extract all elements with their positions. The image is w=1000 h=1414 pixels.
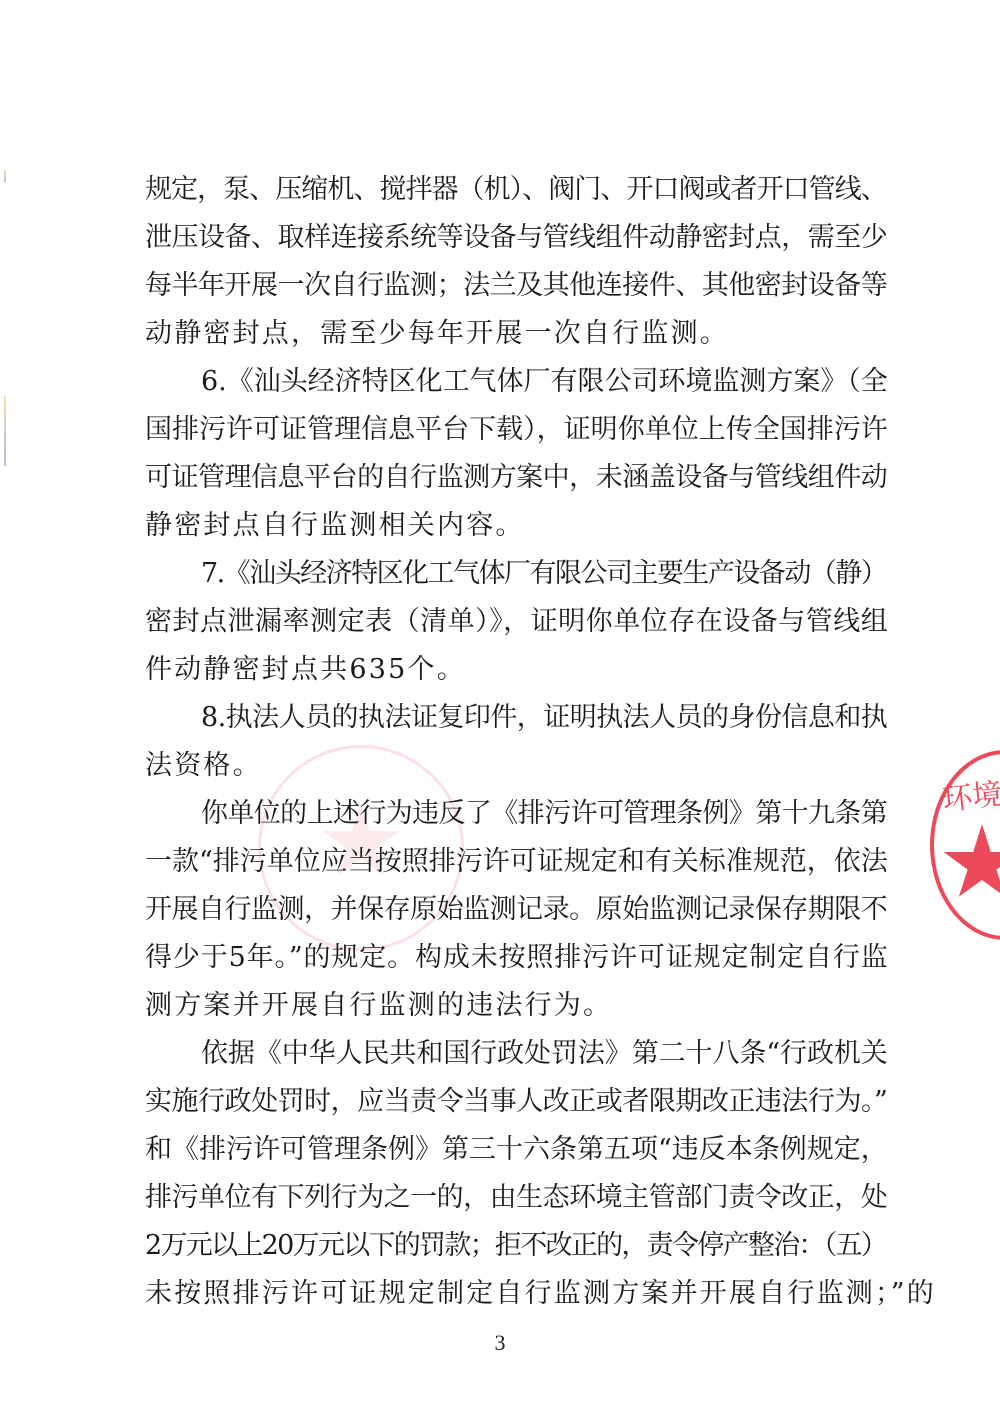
- text-line: 2万元以上20万元以下的罚款；拒不改正的，责令停产整治：（五）: [145, 1222, 890, 1270]
- paragraph-continued-sealing-points: 规定，泵、压缩机、搅拌器（机）、阀门、开口阀或者开口管线、泄压设备、取样连接系统…: [145, 166, 890, 358]
- text-line-content: 和《排污许可管理条例》第三十六条第五项“违反本条例规定，: [145, 1126, 888, 1174]
- text-line-content: 一款“排污单位应当按照排污许可证规定和有关标准规范，依法: [145, 838, 888, 886]
- evidence-item-7: 7.《汕头经济特区化工气体厂有限公司主要生产设备动（静）密封点泄漏率测定表（清单…: [145, 550, 890, 694]
- text-line: 开展自行监测，并保存原始监测记录。原始监测记录保存期限不: [145, 886, 890, 934]
- text-line-content: 可证管理信息平台的自行监测方案中，未涵盖设备与管线组件动: [145, 454, 887, 502]
- text-line: 动静密封点，需至少每年开展一次自行监测。: [145, 310, 890, 358]
- evidence-item-6: 6.《汕头经济特区化工气体厂有限公司环境监测方案》（全国排污许可证管理信息平台下…: [145, 358, 890, 550]
- document-body: 规定，泵、压缩机、搅拌器（机）、阀门、开口阀或者开口管线、泄压设备、取样连接系统…: [145, 166, 890, 1318]
- text-line-content: 国排污许可证管理信息平台下载），证明你单位上传全国排污许: [145, 406, 888, 454]
- text-line-content: 排污单位有下列行为之一的，由生态环境主管部门责令改正，处: [145, 1174, 887, 1222]
- text-line-content: 7.《汕头经济特区化工气体厂有限公司主要生产设备动（静）: [201, 550, 886, 598]
- text-line: 密封点泄漏率测定表（清单）》，证明你单位存在设备与管线组: [145, 598, 890, 646]
- text-line: 你单位的上述行为违反了《排污许可管理条例》第十九条第: [145, 790, 890, 838]
- text-line-content: 8.执法人员的执法证复印件，证明执法人员的身份信息和执: [201, 694, 887, 742]
- page-number: 3: [0, 1330, 1000, 1356]
- text-line: 得少于5年。”的规定。构成未按照排污许可证规定制定自行监: [145, 934, 890, 982]
- text-line-content: 动静密封点，需至少每年开展一次自行监测。: [145, 310, 729, 358]
- text-line: 静密封点自行监测相关内容。: [145, 502, 890, 550]
- text-line: 6.《汕头经济特区化工气体厂有限公司环境监测方案》（全: [145, 358, 890, 406]
- text-line: 可证管理信息平台的自行监测方案中，未涵盖设备与管线组件动: [145, 454, 890, 502]
- violation-statement: 你单位的上述行为违反了《排污许可管理条例》第十九条第一款“排污单位应当按照排污许…: [145, 790, 890, 1030]
- text-line: 规定，泵、压缩机、搅拌器（机）、阀门、开口阀或者开口管线、: [145, 166, 890, 214]
- text-line-content: 件动静密封点共635个。: [145, 646, 466, 694]
- text-line-content: 密封点泄漏率测定表（清单）》，证明你单位存在设备与管线组: [145, 598, 888, 646]
- evidence-item-8: 8.执法人员的执法证复印件，证明执法人员的身份信息和执法资格。: [145, 694, 890, 790]
- text-line: 泄压设备、取样连接系统等设备与管线组件动静密封点，需至少: [145, 214, 890, 262]
- legal-basis: 依据《中华人民共和国行政处罚法》第二十八条“行政机关实施行政处罚时，应当责令当事…: [145, 1030, 890, 1318]
- scan-edge-mark-middle: [4, 396, 6, 466]
- text-line: 未按照排污许可证规定制定自行监测方案并开展自行监测；”的: [145, 1270, 890, 1318]
- scan-edge-mark-top: [4, 170, 6, 182]
- text-line-content: 规定，泵、压缩机、搅拌器（机）、阀门、开口阀或者开口管线、: [145, 166, 887, 214]
- text-line-content: 2万元以上20万元以下的罚款；拒不改正的，责令停产整治：（五）: [145, 1222, 886, 1270]
- text-line: 8.执法人员的执法证复印件，证明执法人员的身份信息和执: [145, 694, 890, 742]
- text-line-content: 开展自行监测，并保存原始监测记录。原始监测记录保存期限不: [145, 886, 887, 934]
- text-line: 7.《汕头经济特区化工气体厂有限公司主要生产设备动（静）: [145, 550, 890, 598]
- text-line: 依据《中华人民共和国行政处罚法》第二十八条“行政机关: [145, 1030, 890, 1078]
- text-line: 和《排污许可管理条例》第三十六条第五项“违反本条例规定，: [145, 1126, 890, 1174]
- seal-star-icon: [942, 824, 1000, 904]
- text-line-content: 每半年开展一次自行监测；法兰及其他连接件、其他密封设备等: [145, 262, 887, 310]
- text-line-content: 实施行政处罚时，应当责令当事人改正或者限期改正违法行为。”: [145, 1078, 887, 1126]
- text-line: 法资格。: [145, 742, 890, 790]
- text-line: 排污单位有下列行为之一的，由生态环境主管部门责令改正，处: [145, 1174, 890, 1222]
- text-line: 一款“排污单位应当按照排污许可证规定和有关标准规范，依法: [145, 838, 890, 886]
- text-line: 件动静密封点共635个。: [145, 646, 890, 694]
- text-line-content: 你单位的上述行为违反了《排污许可管理条例》第十九条第: [201, 790, 887, 838]
- seal-text: 环境: [940, 769, 1000, 819]
- text-line-content: 未按照排污许可证规定制定自行监测方案并开展自行监测；”的: [145, 1270, 936, 1318]
- official-red-seal: 环境: [930, 750, 1000, 940]
- text-line: 测方案并开展自行监测的违法行为。: [145, 982, 890, 1030]
- text-line-content: 6.《汕头经济特区化工气体厂有限公司环境监测方案》（全: [201, 358, 888, 406]
- text-line-content: 测方案并开展自行监测的违法行为。: [145, 982, 612, 1030]
- text-line-content: 静密封点自行监测相关内容。: [145, 502, 525, 550]
- text-line: 每半年开展一次自行监测；法兰及其他连接件、其他密封设备等: [145, 262, 890, 310]
- text-line-content: 依据《中华人民共和国行政处罚法》第二十八条“行政机关: [201, 1030, 888, 1078]
- text-line-content: 得少于5年。”的规定。构成未按照排污许可证规定制定自行监: [145, 934, 889, 982]
- text-line: 国排污许可证管理信息平台下载），证明你单位上传全国排污许: [145, 406, 890, 454]
- text-line-content: 法资格。: [145, 742, 262, 790]
- text-line: 实施行政处罚时，应当责令当事人改正或者限期改正违法行为。”: [145, 1078, 890, 1126]
- text-line-content: 泄压设备、取样连接系统等设备与管线组件动静密封点，需至少: [145, 214, 887, 262]
